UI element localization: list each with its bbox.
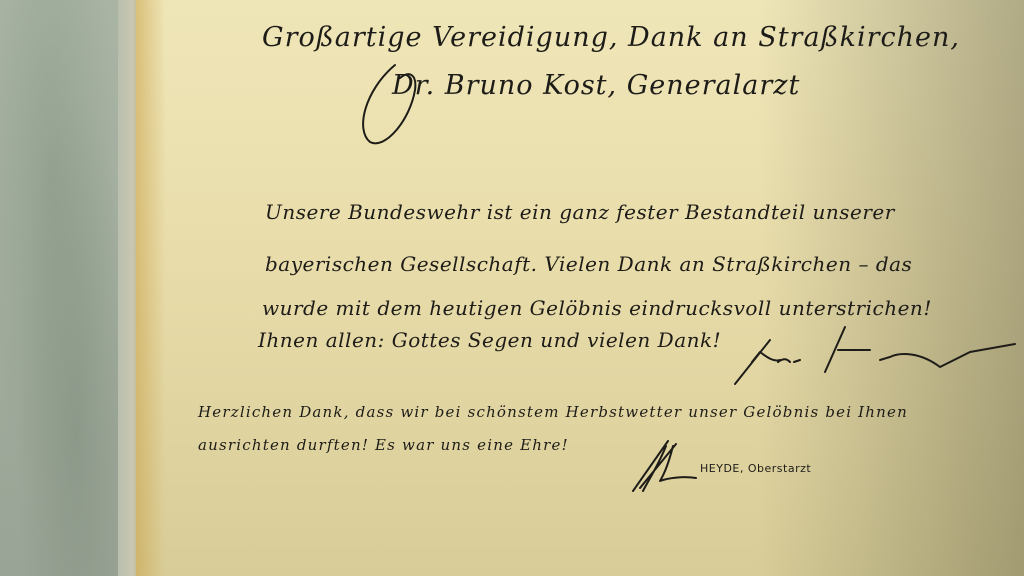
entry-2-line-3: wurde mit dem heutigen Gelöbnis eindruck… (262, 296, 932, 320)
entry-3-line-1: Herzlichen Dank, dass wir bei schönstem … (198, 403, 908, 421)
entry-3-line-2: ausrichten durften! Es war uns eine Ehre… (198, 436, 569, 454)
marbled-endpaper (0, 0, 128, 576)
entry-3-signature-mark (628, 436, 698, 501)
entry-2-line-2: bayerischen Gesellschaft. Vielen Dank an… (265, 252, 912, 276)
entry-2-signature (730, 322, 1020, 402)
entry-2-line-4: Ihnen allen: Gottes Segen und vielen Dan… (258, 328, 721, 352)
entry-2-line-1: Unsere Bundeswehr ist ein ganz fester Be… (265, 200, 895, 224)
entry-1-line-1: Großartige Vereidigung, Dank an Straßkir… (262, 22, 960, 53)
entry-1-signature-loop (355, 60, 435, 150)
entry-1-line-2: Dr. Bruno Kost, Generalarzt (392, 70, 800, 101)
entry-3-signature-name: HEYDE, Oberstarzt (700, 462, 811, 475)
